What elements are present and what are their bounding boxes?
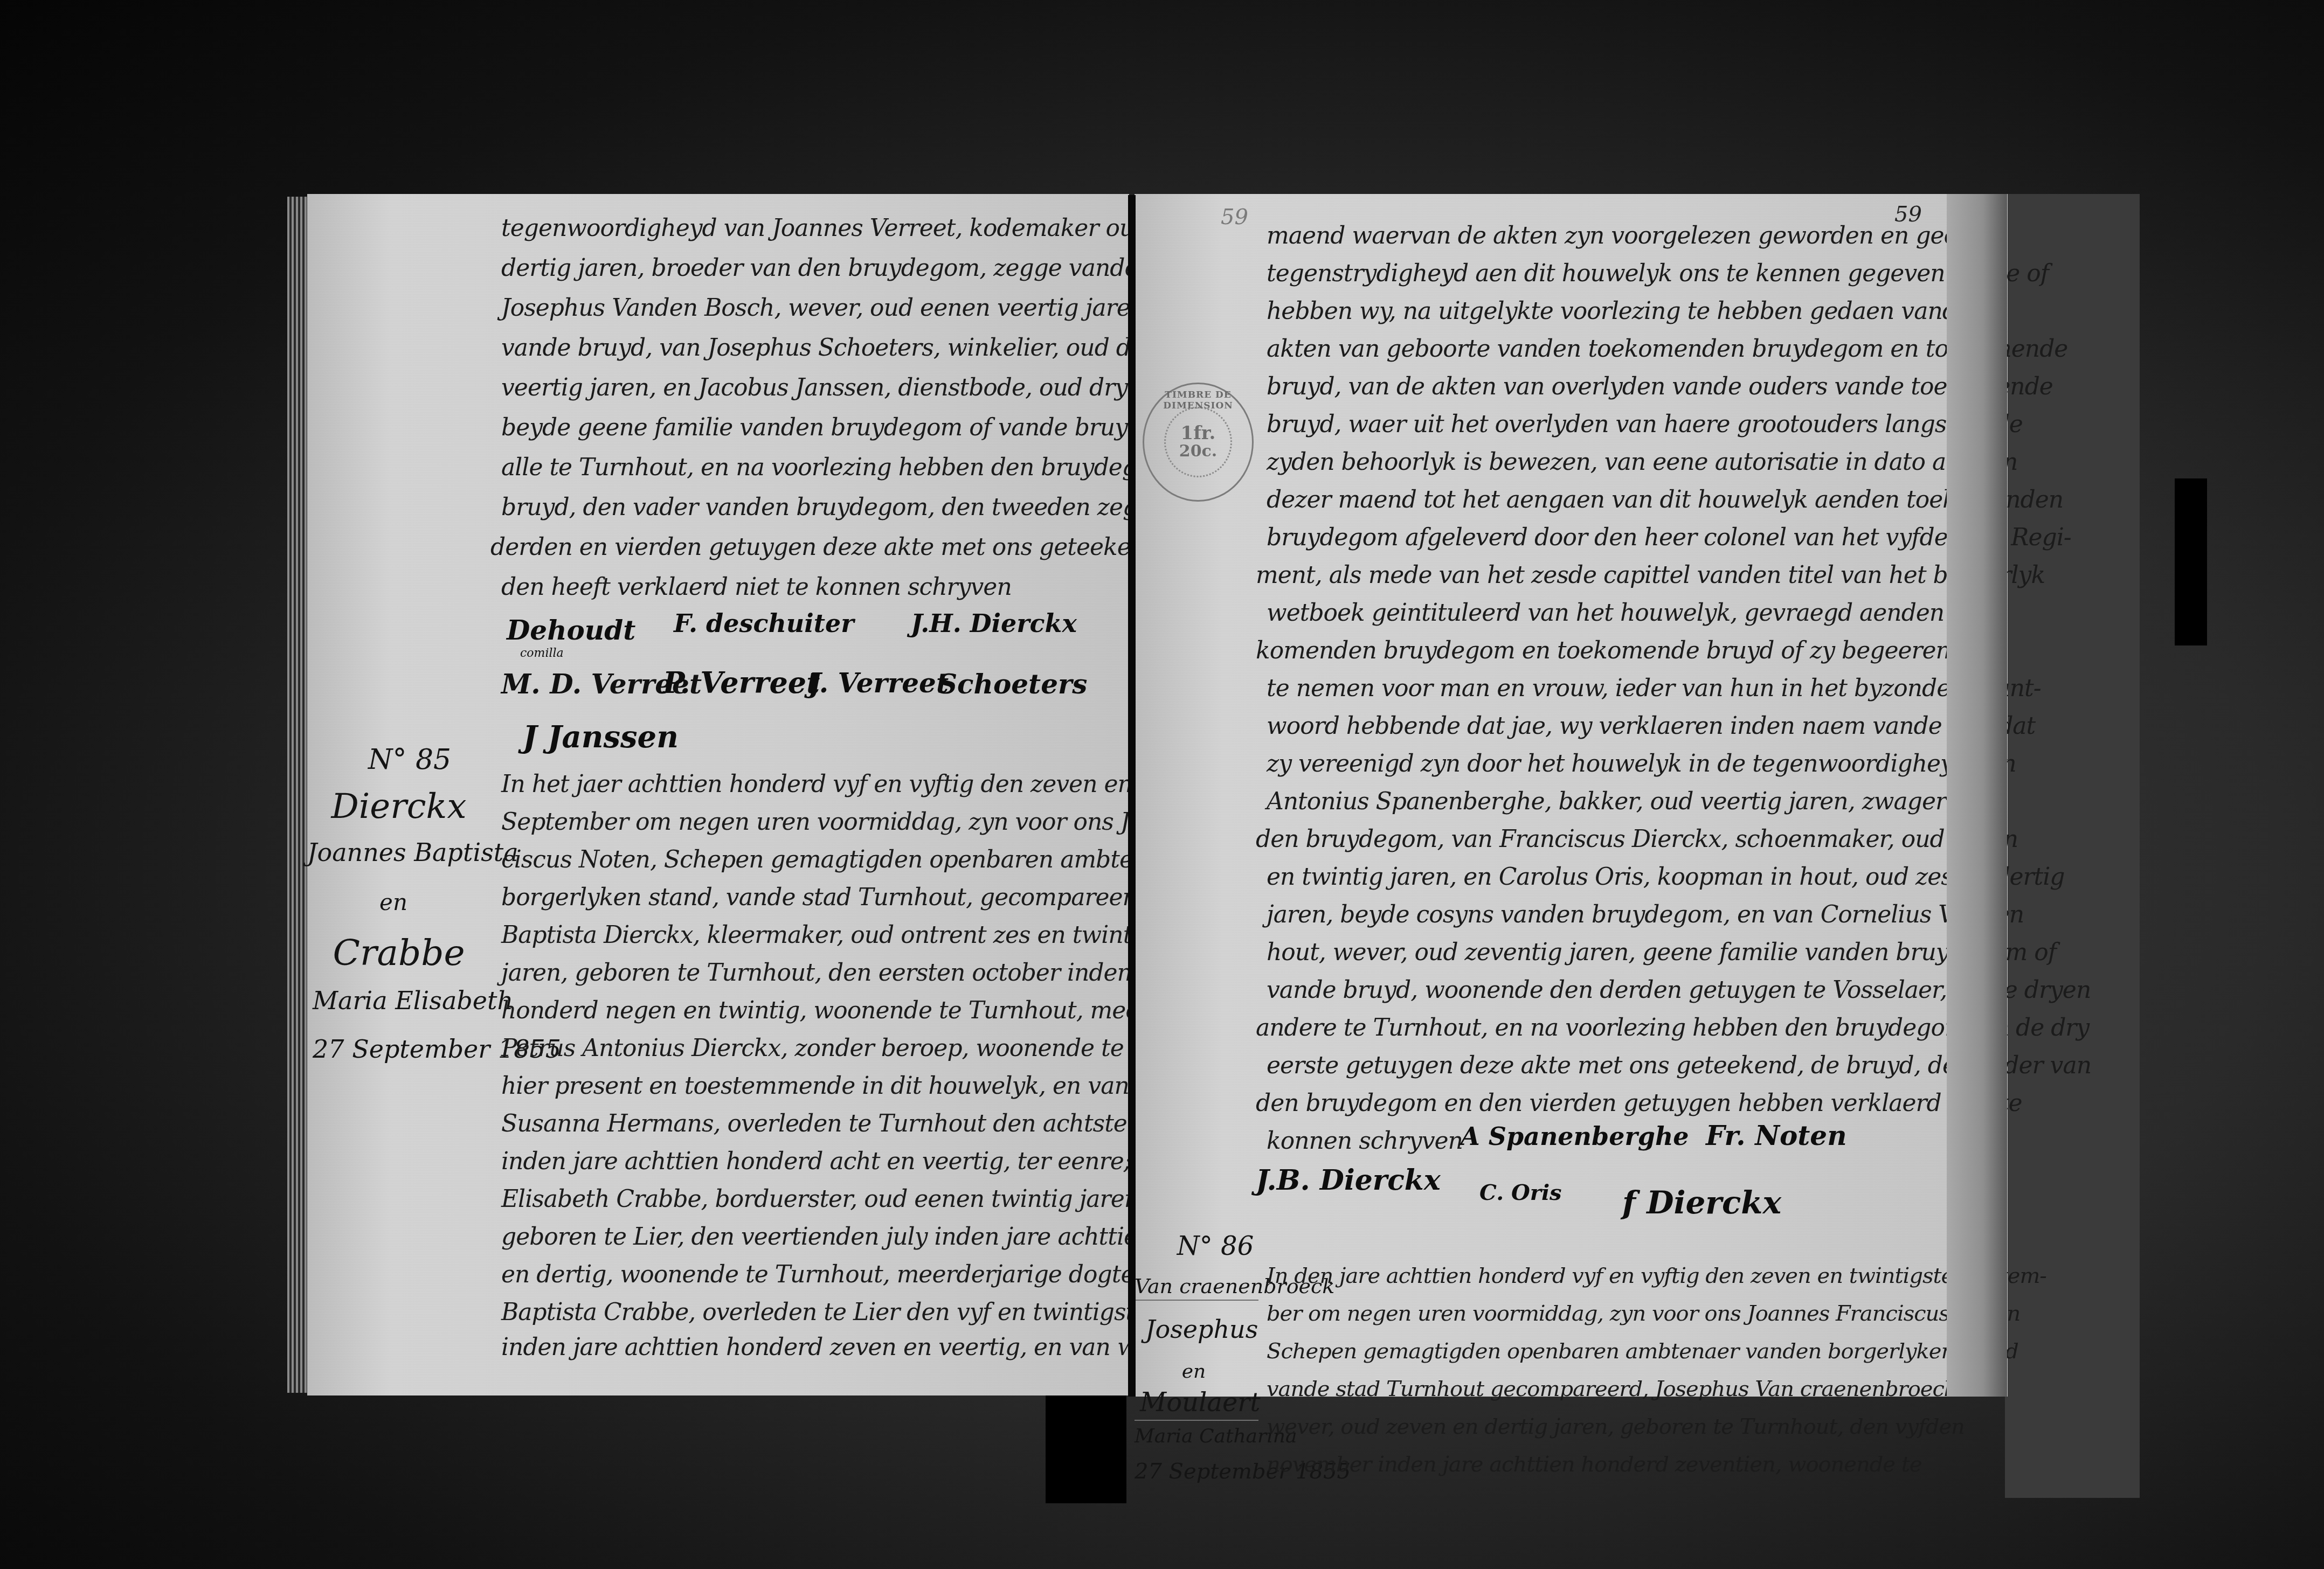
- text-line: en twintig jaren, en Carolus Oris, koopm…: [1267, 863, 2064, 891]
- left-page: tegenwoordigheyd van Joannes Verreet, ko…: [307, 194, 1129, 1396]
- entry-86-line: vande stad Turnhout gecompareerd, Joseph…: [1267, 1377, 1956, 1401]
- entry-85-groom-given: Joannes Baptista: [307, 838, 490, 867]
- signature-oris: C. Oris: [1479, 1180, 1562, 1205]
- entry-86-date: 27 September 1855: [1135, 1459, 1264, 1484]
- text-line: woord hebbende dat jae, wy verklaeren in…: [1267, 712, 2035, 740]
- text-line: hout, wever, oud zeventig jaren, geene f…: [1267, 939, 2056, 966]
- text-line: bruyd, van de akten van overlyden vande …: [1267, 373, 2053, 400]
- text-line: den heeft verklaerd niet te konnen schry…: [501, 573, 1012, 601]
- entry-86-groom-given: Josephus: [1145, 1315, 1253, 1344]
- text-line: jaren, beyde cosyns vanden bruydegom, en…: [1267, 901, 2024, 928]
- entry-86-number: N° 86: [1167, 1231, 1264, 1261]
- signature-schoeters: Schoeters: [938, 668, 1087, 700]
- stamp-wreath: 1fr. 20c.: [1164, 407, 1232, 477]
- text-line: komenden bruydegom en toekomende bruyd o…: [1256, 637, 1992, 664]
- entry-85-number: N° 85: [345, 744, 474, 776]
- signature-janssen: J Janssen: [523, 719, 679, 755]
- entry-86-line: Schepen gemagtigden openbaren ambtenaer …: [1267, 1339, 2018, 1364]
- signature-dierckx-f: f Dierckx: [1622, 1184, 1781, 1221]
- entry-86-conjunction: en: [1167, 1360, 1221, 1383]
- entry-86-line: ber om negen uren voormiddag, zyn voor o…: [1267, 1301, 2020, 1326]
- signature-deschuiter: F. deschuiter: [674, 609, 854, 638]
- entry-85-bride-given: Maria Elisabeth: [313, 986, 490, 1015]
- text-line: dezer maend tot het aengaen van dit houw…: [1267, 486, 2063, 513]
- entry-85-date: 27 September 1855: [313, 1035, 496, 1064]
- entry-85-groom-surname: Dierckx: [318, 787, 480, 827]
- entry-86-line: wever, oud zeven en dertig jaren, gebore…: [1267, 1414, 1965, 1439]
- signature-p-verreet: P. Verreet: [663, 665, 820, 700]
- signature-dehoudt: Dehoudt: [507, 614, 635, 646]
- revenue-stamp: TIMBRE DE DIMENSION 1fr. 20c.: [1143, 383, 1254, 502]
- text-line: maend waervan de akten zyn voorgelezen g…: [1267, 222, 1986, 249]
- faint-page-number: 59: [1221, 205, 1248, 230]
- signature-j-verreet: J. Verreet: [808, 667, 949, 699]
- signature-dierckx-jb: J.B. Dierckx: [1256, 1164, 1441, 1197]
- margin-rule: [1135, 1300, 1258, 1301]
- entry-85-line: Baptista Dierckx, kleermaker, oud ontren…: [501, 921, 1154, 949]
- entry-85-line: Baptista Crabbe, overleden te Lier den v…: [501, 1299, 1224, 1326]
- text-line: den bruydegom, van Franciscus Dierckx, s…: [1256, 825, 2018, 853]
- text-line: ment, als mede van het zesde capittel va…: [1256, 561, 2045, 589]
- book-gutter: [1128, 195, 1136, 1397]
- entry-85-line: hier present en toestemmende in dit houw…: [501, 1072, 1204, 1100]
- text-line: bruyd, waer uit het overlyden van haere …: [1267, 411, 2023, 438]
- margin-rule: [1135, 1420, 1258, 1421]
- text-line: tegenstrydigheyd aen dit houwelyk ons te…: [1267, 260, 2049, 287]
- entry-86-groom-surname: Van craenenbroeck: [1135, 1274, 1258, 1298]
- entry-86-line: november inden jare achttien honderd zev…: [1267, 1452, 1922, 1477]
- text-line: te nemen voor man en vrouw, ieder van hu…: [1267, 675, 2041, 702]
- stamp-ring-text: TIMBRE DE DIMENSION: [1144, 390, 1252, 411]
- text-line: vande bruyd, van Josephus Schoeters, win…: [501, 334, 1182, 362]
- signature-dierckx-jh: J.H. Dierckx: [911, 609, 1077, 638]
- right-page-edge: [1947, 194, 2007, 1397]
- signature-noten: Fr. Noten: [1706, 1120, 1847, 1151]
- spine-shadow: [1046, 1396, 1126, 1503]
- left-page-stack-edges: [287, 197, 308, 1393]
- register-tab-marker: [2175, 478, 2207, 645]
- right-page: 59 59 TIMBRE DE DIMENSION 1fr. 20c. maen…: [1135, 194, 2008, 1397]
- entry-86-bride-given: Maria Catharina: [1135, 1425, 1258, 1447]
- entry-85-line: Susanna Hermans, overleden te Turnhout d…: [501, 1110, 1236, 1137]
- text-line: Antonius Spanenberghe, bakker, oud veert…: [1267, 788, 1994, 815]
- text-line: zyden behoorlyk is bewezen, van eene aut…: [1267, 448, 2017, 476]
- text-line: zy vereenigd zyn door het houwelyk in de…: [1267, 750, 2016, 777]
- entry-85-line: Elisabeth Crabbe, borduerster, oud eenen…: [501, 1185, 1139, 1213]
- text-line: den bruydegom en den vierden getuygen he…: [1256, 1089, 2022, 1117]
- stamp-value: 1fr.: [1181, 424, 1216, 442]
- signature-spanenberghe: A Spanenberghe: [1461, 1122, 1689, 1151]
- signature-note: comilla: [520, 647, 564, 660]
- text-line: konnen schryven: [1267, 1127, 1463, 1155]
- entry-85-conjunction: en: [366, 889, 420, 915]
- stamp-cents: 20c.: [1179, 442, 1217, 460]
- entry-86-bride-surname: Moulaert: [1140, 1387, 1258, 1418]
- text-line: hebben wy, na uitgelykte voorlezing te h…: [1267, 297, 1970, 325]
- text-line: alle te Turnhout, en na voorlezing hebbe…: [501, 454, 1214, 481]
- entry-86-line: In den jare achttien honderd vyf en vyft…: [1267, 1263, 2046, 1288]
- entry-85-bride-surname: Crabbe: [329, 932, 469, 974]
- text-line: wetboek geintituleerd van het houwelyk, …: [1267, 599, 1995, 627]
